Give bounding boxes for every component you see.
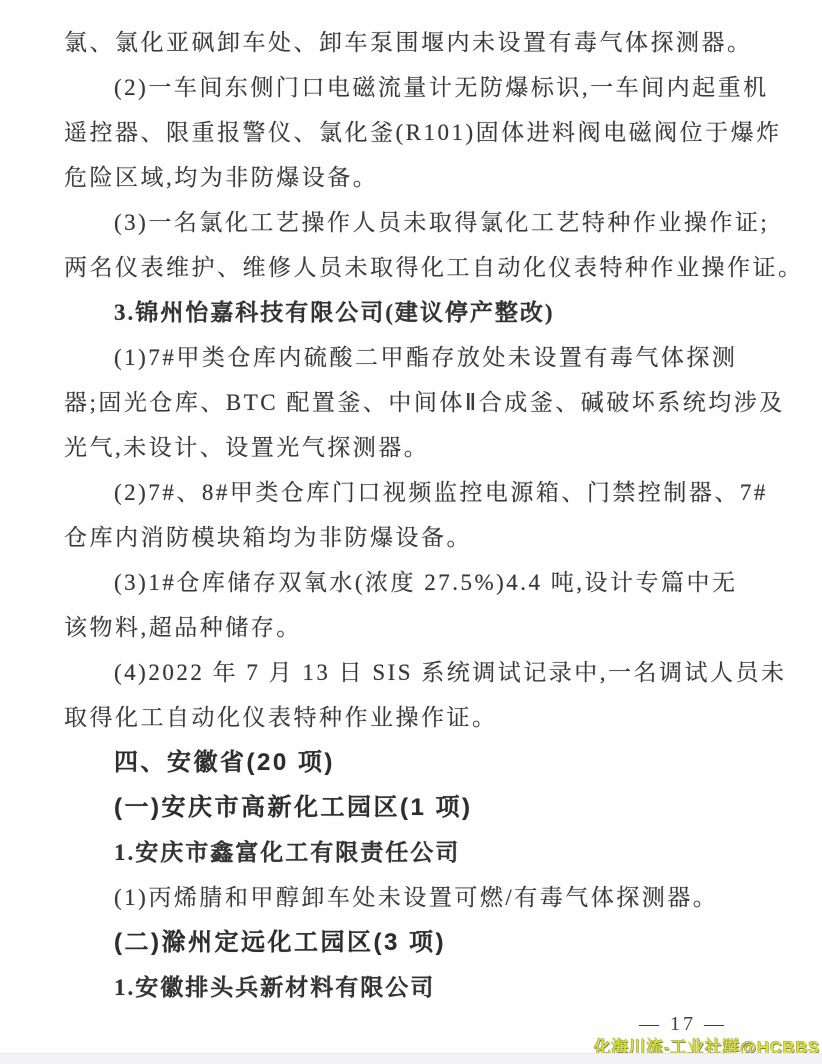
paragraph-line: 两名仪表维护、维修人员未取得化工自动化仪表特种作业操作证。 [64,245,764,290]
paragraph-line: 该物料,超品种储存。 [64,605,764,650]
scan-bottom-edge [0,1053,822,1064]
paragraph-line: (3)1#仓库储存双氧水(浓度 27.5%)4.4 吨,设计专篇中无 [64,560,764,605]
section-heading-province: 四、安徽省(20 项) [64,740,764,785]
paragraph-line: (2)一车间东侧门口电磁流量计无防爆标识,一车间内起重机 [64,65,764,110]
paragraph-line: 光气,未设计、设置光气探测器。 [64,425,764,470]
section-heading-park: (一)安庆市高新化工园区(1 项) [64,785,764,830]
company-heading: 3.锦州怡嘉科技有限公司(建议停产整改) [64,290,764,335]
paragraph-line: (4)2022 年 7 月 13 日 SIS 系统调试记录中,一名调试人员未 [64,650,764,695]
section-heading-park: (二)滁州定远化工园区(3 项) [64,920,764,965]
paragraph-line: 仓库内消防模块箱均为非防爆设备。 [64,515,764,560]
paragraph-line: 氯、氯化亚砜卸车处、卸车泵围堰内未设置有毒气体探测器。 [64,20,764,65]
paragraph-line: 器;固光仓库、BTC 配置釜、中间体Ⅱ合成釜、碱破坏系统均涉及 [64,380,764,425]
paragraph-line: (3)一名氯化工艺操作人员未取得氯化工艺特种作业操作证; [64,200,764,245]
paragraph-line: (2)7#、8#甲类仓库门口视频监控电源箱、门禁控制器、7# [64,470,764,515]
company-heading: 1.安庆市鑫富化工有限责任公司 [64,830,764,875]
paragraph-line: 取得化工自动化仪表特种作业操作证。 [64,695,764,740]
company-heading: 1.安徽排头兵新材料有限公司 [64,965,764,1010]
document-page: 氯、氯化亚砜卸车处、卸车泵围堰内未设置有毒气体探测器。 (2)一车间东侧门口电磁… [0,0,822,1064]
paragraph-line: 危险区域,均为非防爆设备。 [64,155,764,200]
paragraph-line: 遥控器、限重报警仪、氯化釜(R101)固体进料阀电磁阀位于爆炸 [64,110,764,155]
document-body: 氯、氯化亚砜卸车处、卸车泵围堰内未设置有毒气体探测器。 (2)一车间东侧门口电磁… [64,20,764,1010]
paragraph-line: (1)丙烯腈和甲醇卸车处未设置可燃/有毒气体探测器。 [64,875,764,920]
paragraph-line: (1)7#甲类仓库内硫酸二甲酯存放处未设置有毒气体探测 [64,335,764,380]
